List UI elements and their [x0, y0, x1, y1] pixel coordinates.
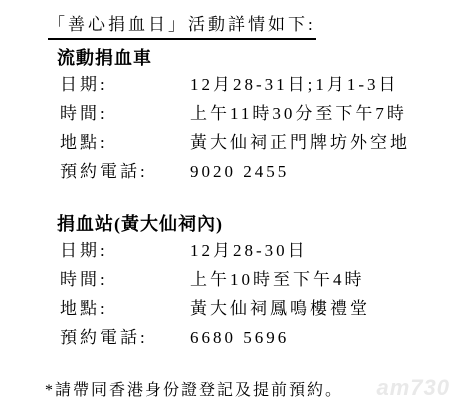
field-label-phone: 預約電話: [60, 157, 190, 186]
info-row-time: 時間: 上午11時30分至下午7時 [60, 99, 447, 128]
field-label-location: 地點: [60, 294, 190, 323]
donation-station-section: 捐血站(黃大仙祠內) 日期: 12月28-30日 時間: 上午10時至下午4時 … [48, 212, 447, 352]
field-label-time: 時間: [60, 99, 190, 128]
section-heading-donation-station: 捐血站(黃大仙祠內) [57, 212, 447, 236]
field-label-time: 時間: [60, 265, 190, 294]
field-value-phone: 9020 2455 [190, 157, 447, 186]
notice-document: 「善心捐血日」活動詳情如下: 流動捐血車 日期: 12月28-31日;1月1-3… [48, 14, 447, 401]
field-value-location: 黃大仙祠正門牌坊外空地 [190, 128, 447, 157]
field-label-date: 日期: [60, 236, 190, 265]
event-title: 「善心捐血日」活動詳情如下: [48, 14, 316, 40]
mobile-donation-vehicle-section: 流動捐血車 日期: 12月28-31日;1月1-3日 時間: 上午11時30分至… [48, 46, 447, 186]
section-heading-mobile-vehicle: 流動捐血車 [57, 46, 447, 70]
info-row-location: 地點: 黃大仙祠鳳鳴樓禮堂 [60, 294, 447, 323]
info-row-phone: 預約電話: 6680 5696 [60, 323, 447, 352]
field-value-date: 12月28-31日;1月1-3日 [190, 70, 447, 99]
field-value-time: 上午10時至下午4時 [190, 265, 447, 294]
field-label-phone: 預約電話: [60, 323, 190, 352]
field-value-time: 上午11時30分至下午7時 [190, 99, 447, 128]
info-row-location: 地點: 黃大仙祠正門牌坊外空地 [60, 128, 447, 157]
field-label-location: 地點: [60, 128, 190, 157]
field-value-location: 黃大仙祠鳳鳴樓禮堂 [190, 294, 447, 323]
field-label-date: 日期: [60, 70, 190, 99]
info-row-phone: 預約電話: 9020 2455 [60, 157, 447, 186]
info-row-date: 日期: 12月28-30日 [60, 236, 447, 265]
info-row-time: 時間: 上午10時至下午4時 [60, 265, 447, 294]
field-value-date: 12月28-30日 [190, 236, 447, 265]
info-row-date: 日期: 12月28-31日;1月1-3日 [60, 70, 447, 99]
am730-watermark-logo: am730 [376, 375, 450, 401]
field-value-phone: 6680 5696 [190, 323, 447, 352]
